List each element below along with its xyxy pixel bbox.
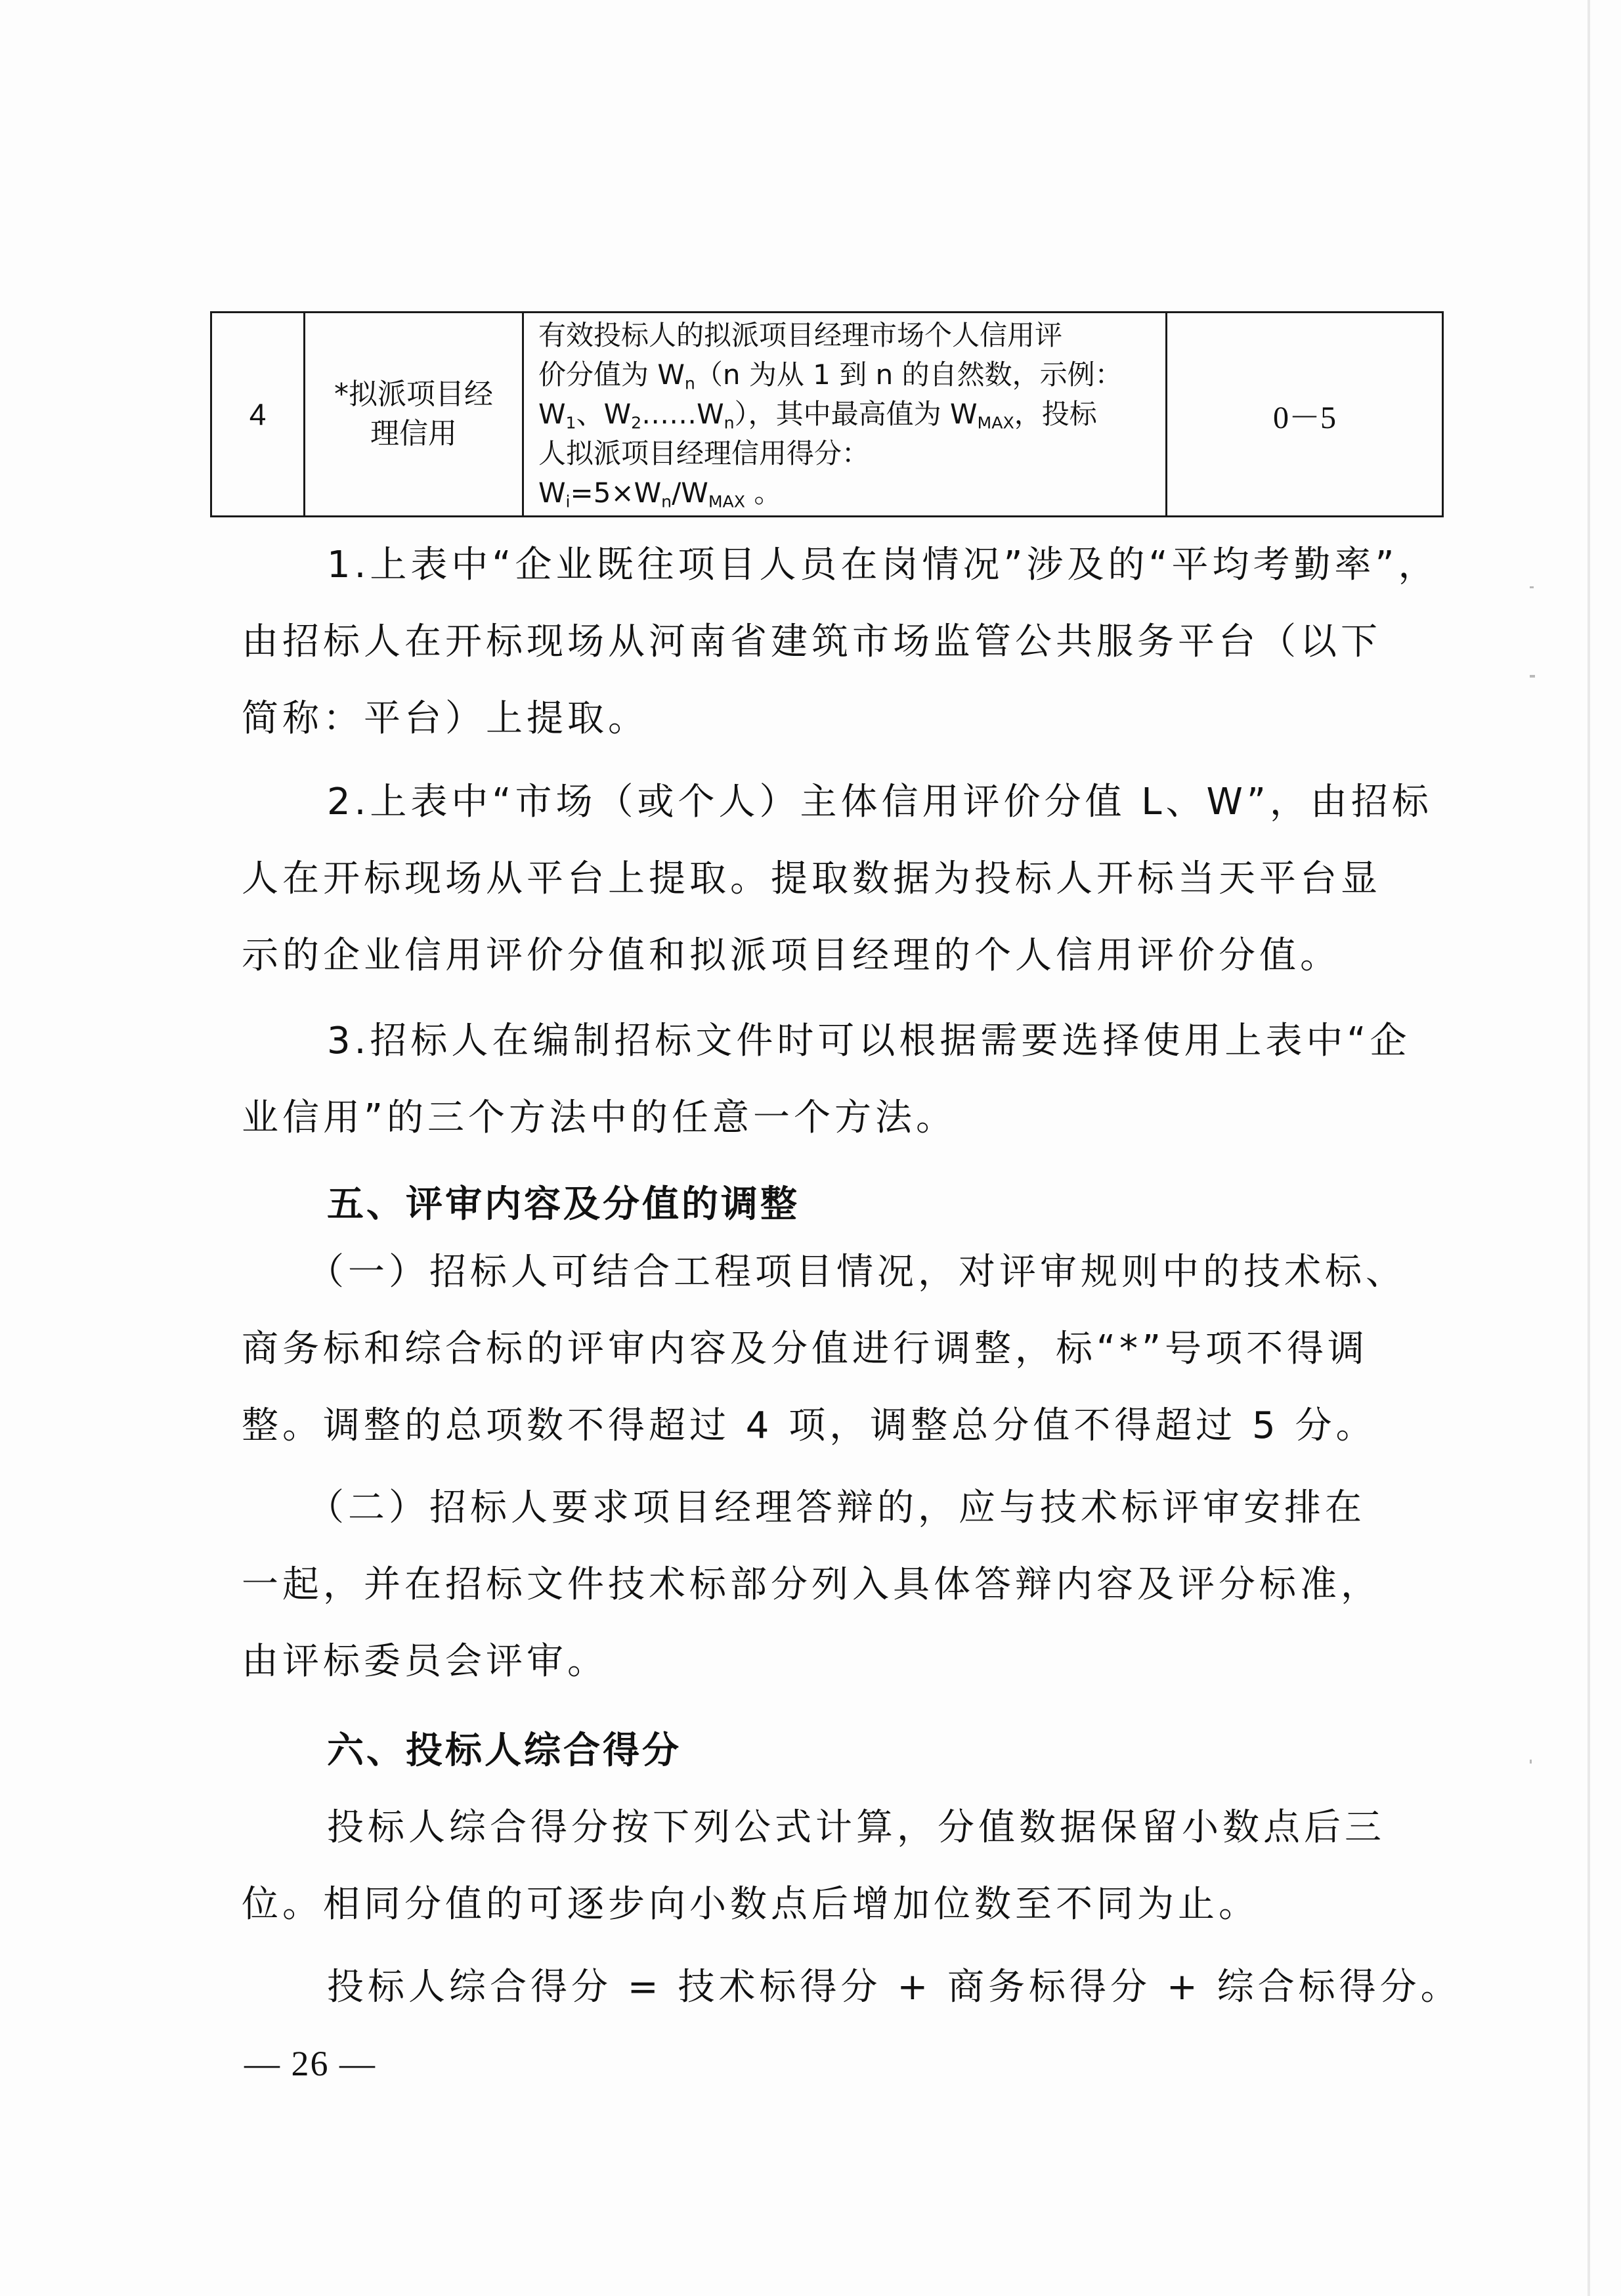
score-range-cell: 0－5	[1167, 313, 1443, 517]
scoring-table: 4 *拟派项目经 理信用 有效投标人的拟派项目经理市场个人信用评 价分值为 Wn…	[210, 311, 1444, 517]
note-3-paragraph: 3.招标人在编制招标文件时可以根据需要选择使用上表中“企 业信用”的三个方法中的…	[242, 1003, 1423, 1156]
section-5-paragraph-1: （一）招标人可结合工程项目情况，对评审规则中的技术标、 商务标和综合标的评审内容…	[242, 1234, 1423, 1464]
document-page: 4 *拟派项目经 理信用 有效投标人的拟派项目经理市场个人信用评 价分值为 Wn…	[0, 0, 1621, 2296]
item-name-line: 理信用	[370, 417, 457, 450]
criteria-line: 价分值为 Wn（n 为从 1 到 n 的自然数，示例：	[538, 355, 1155, 395]
row-number-cell: 4	[211, 313, 305, 517]
table-row: 4 *拟派项目经 理信用 有效投标人的拟派项目经理市场个人信用评 价分值为 Wn…	[211, 313, 1443, 517]
criteria-formula: Wi=5×Wn/WMAX 。	[538, 473, 1155, 513]
note-1-paragraph: 1.上表中“企业既往项目人员在岗情况”涉及的“平均考勤率”， 由招标人在开标现场…	[242, 527, 1423, 757]
item-name-line: *拟派项目经	[334, 378, 493, 411]
section-6-heading: 六、投标人综合得分	[327, 1722, 681, 1774]
page-number: — 26 —	[244, 2043, 376, 2084]
criteria-line: 有效投标人的拟派项目经理市场个人信用评	[538, 316, 1155, 355]
criteria-line: W1、W2……Wn），其中最高值为 WMAX，投标	[538, 395, 1155, 434]
scoring-criteria-cell: 有效投标人的拟派项目经理市场个人信用评 价分值为 Wn（n 为从 1 到 n 的…	[523, 313, 1167, 517]
section-6-formula: 投标人综合得分 = 技术标得分 + 商务标得分 + 综合标得分。	[242, 1949, 1423, 2025]
section-6-paragraph-1: 投标人综合得分按下列公式计算，分值数据保留小数点后三 位。相同分值的可逐步向小数…	[242, 1789, 1423, 1943]
note-2-paragraph: 2.上表中“市场（或个人）主体信用评价分值 L、W”，由招标 人在开标现场从平台…	[242, 764, 1423, 994]
section-5-paragraph-2: （二）招标人要求项目经理答辩的，应与技术标评审安排在 一起，并在招标文件技术标部…	[242, 1469, 1423, 1700]
item-name-cell: *拟派项目经 理信用	[305, 313, 523, 517]
criteria-line: 人拟派项目经理信用得分：	[538, 434, 1155, 473]
section-5-heading: 五、评审内容及分值的调整	[327, 1175, 800, 1228]
